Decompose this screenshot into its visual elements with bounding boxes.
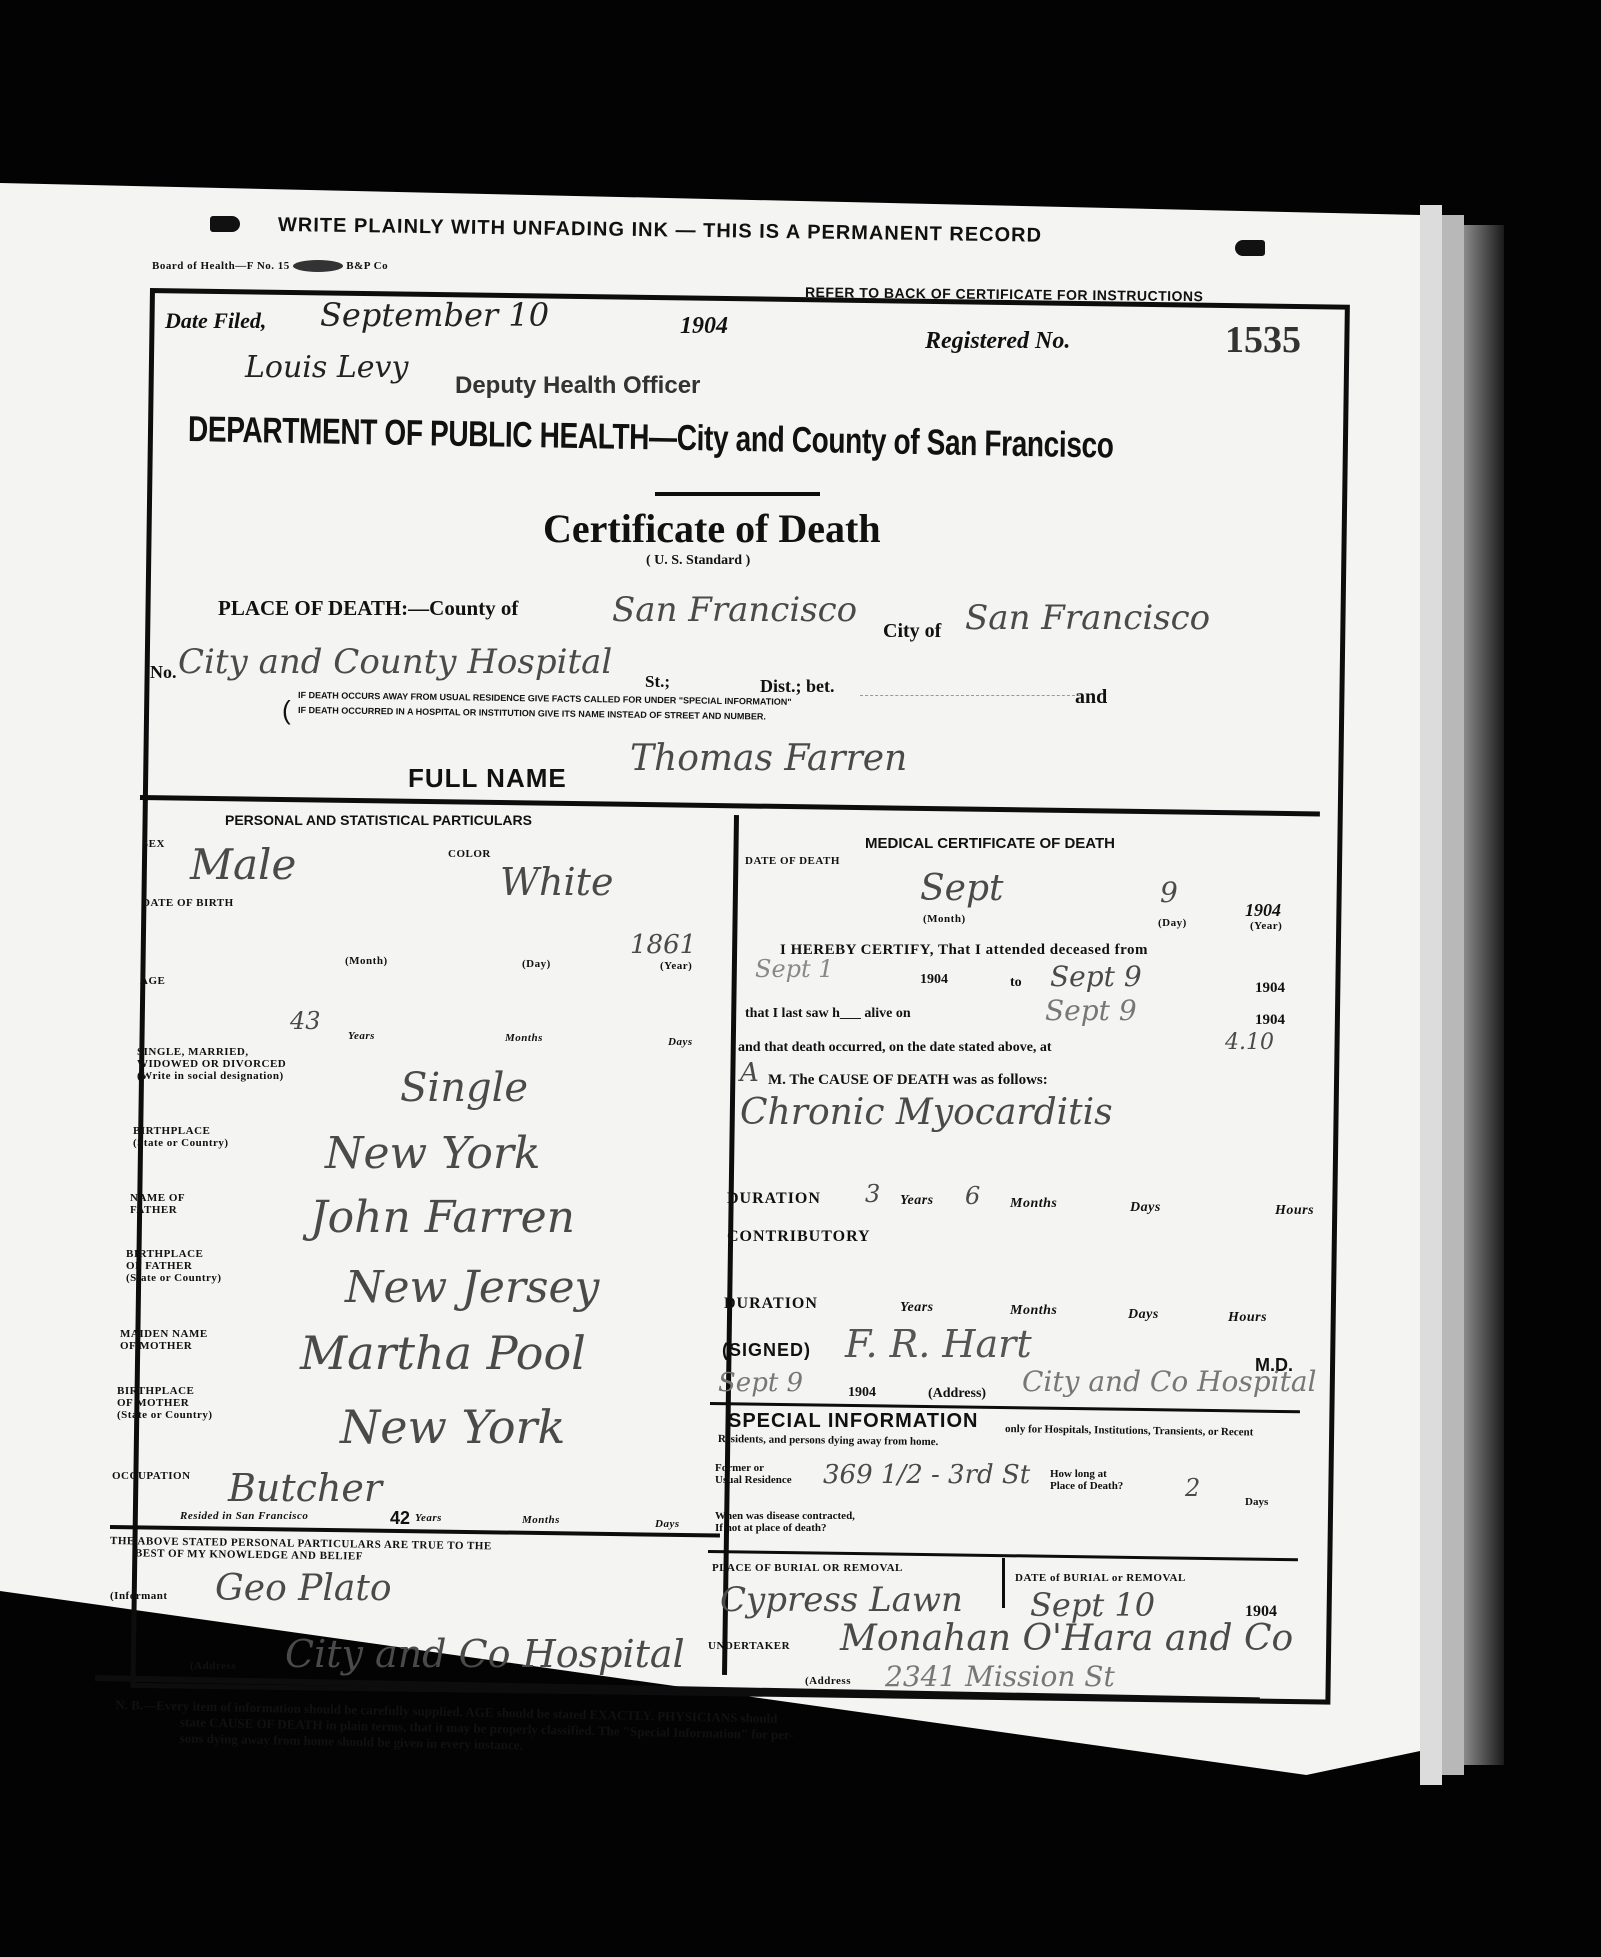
birthplace-value: New York bbox=[325, 1128, 541, 1179]
dob-label: DATE OF BIRTH bbox=[142, 897, 234, 909]
mother-birthplace-label: BIRTHPLACE OF MOTHER (State or Country) bbox=[117, 1385, 213, 1421]
residence-label-line: Usual Residence bbox=[715, 1474, 792, 1486]
father-label-line: NAME OF bbox=[130, 1192, 185, 1204]
time-value: 4.10 bbox=[1225, 1030, 1274, 1055]
age-label: AGE bbox=[140, 975, 165, 987]
mother-birthplace-value: New York bbox=[340, 1400, 565, 1454]
form-number: Board of Health—F No. 15 B&P Co bbox=[152, 260, 388, 272]
death-year-label: (Year) bbox=[1250, 920, 1282, 932]
contracted-label-line: When was disease contracted, bbox=[715, 1510, 855, 1522]
medical-heading: MEDICAL CERTIFICATE OF DEATH bbox=[865, 835, 1115, 852]
district-line bbox=[860, 695, 1080, 696]
undertaker-address: 2341 Mission St bbox=[885, 1660, 1115, 1693]
burial-column-divider bbox=[1002, 1558, 1005, 1608]
duration-years-label: Years bbox=[900, 1193, 934, 1209]
occupation-value: Butcher bbox=[228, 1466, 382, 1510]
death-day-label: (Day) bbox=[1158, 917, 1187, 929]
physician-address: City and Co Hospital bbox=[1022, 1365, 1317, 1398]
date-filed-value: September 10 bbox=[320, 296, 549, 334]
residence-label-line: Former or bbox=[715, 1462, 792, 1474]
color-value: White bbox=[500, 860, 613, 904]
contracted-label: When was disease contracted, If not at p… bbox=[715, 1510, 855, 1534]
signed-date-value: Sept 9 bbox=[718, 1368, 803, 1398]
informant-address-label: (Address bbox=[190, 1660, 236, 1672]
duration-days-label: Days bbox=[1130, 1200, 1161, 1216]
age-years-value: 43 bbox=[290, 1007, 321, 1035]
undertaker-label: UNDERTAKER bbox=[708, 1640, 790, 1652]
mother-label-line: OF MOTHER bbox=[120, 1340, 208, 1352]
mother-birthplace-label-line: OF MOTHER bbox=[117, 1397, 213, 1409]
sex-value: Male bbox=[190, 840, 296, 889]
dob-year-value: 1861 bbox=[630, 930, 696, 960]
duration-months-label: Months bbox=[1010, 1196, 1057, 1212]
resided-label: Resided in San Francisco bbox=[180, 1510, 308, 1522]
full-name-label: FULL NAME bbox=[408, 763, 567, 794]
undertaker-address-label: (Address bbox=[805, 1675, 851, 1687]
page-edge-shadow bbox=[1464, 225, 1504, 1765]
color-label: COLOR bbox=[448, 848, 491, 860]
date-filed-label: Date Filed, bbox=[165, 308, 266, 334]
marital-label-line: (Write in social designation) bbox=[137, 1070, 286, 1082]
sex-label: SEX bbox=[142, 838, 165, 850]
resided-days-label: Days bbox=[655, 1518, 680, 1530]
how-long-label-line: Place of Death? bbox=[1050, 1480, 1123, 1492]
marital-label: SINGLE, MARRIED, WIDOWED OR DIVORCED (Wr… bbox=[137, 1046, 286, 1082]
contracted-label-line: If not at place of death? bbox=[715, 1522, 855, 1534]
footnote: N. B.—Every item of information should b… bbox=[114, 1697, 794, 1759]
certificate-title: Certificate of Death bbox=[543, 505, 881, 552]
how-long-value: 2 bbox=[1185, 1474, 1200, 1502]
burial-place-value: Cypress Lawn bbox=[720, 1580, 963, 1620]
physician-address-label: (Address) bbox=[928, 1386, 986, 1402]
dob-year-label: (Year) bbox=[660, 960, 692, 972]
dob-day-label: (Day) bbox=[522, 958, 551, 970]
cause-text: M. The CAUSE OF DEATH was as follows: bbox=[768, 1072, 1048, 1089]
address-number-label: No. bbox=[150, 662, 177, 683]
place-of-death-label: PLACE OF DEATH:—County of bbox=[218, 596, 518, 621]
marital-label-line: WIDOWED OR DIVORCED bbox=[137, 1058, 286, 1070]
form-number-text: Board of Health—F No. 15 bbox=[152, 260, 290, 272]
duration2-days-label: Days bbox=[1128, 1307, 1159, 1323]
death-day-value: 9 bbox=[1160, 876, 1178, 909]
footnote-prefix: N. B.— bbox=[115, 1697, 156, 1713]
paren-open: ( bbox=[282, 695, 291, 726]
institution-value: City and County Hospital bbox=[178, 642, 612, 682]
last-saw-value: Sept 9 bbox=[1045, 994, 1137, 1027]
father-label: NAME OF FATHER bbox=[130, 1192, 185, 1216]
mother-birthplace-label-line: BIRTHPLACE bbox=[117, 1385, 213, 1397]
undertaker-value: Monahan O'Hara and Co bbox=[840, 1618, 1293, 1659]
am-pm-value: A bbox=[740, 1058, 759, 1088]
last-saw-label: that I last saw h___ alive on bbox=[745, 1006, 911, 1022]
resided-years-label: Years bbox=[415, 1512, 442, 1524]
father-birthplace-label: BIRTHPLACE OF FATHER (State or Country) bbox=[126, 1248, 222, 1284]
page-edge bbox=[1420, 205, 1442, 1785]
duration-label: DURATION bbox=[727, 1190, 821, 1208]
father-birthplace-label-line: BIRTHPLACE bbox=[126, 1248, 222, 1260]
marital-value: Single bbox=[400, 1065, 528, 1111]
mother-birthplace-label-line: (State or Country) bbox=[117, 1409, 213, 1421]
marital-label-line: SINGLE, MARRIED, bbox=[137, 1046, 286, 1058]
mother-label-line: MAIDEN NAME bbox=[120, 1328, 208, 1340]
resided-months-label: Months bbox=[522, 1514, 560, 1526]
residence-value: 369 1/2 - 3rd St bbox=[823, 1460, 1030, 1490]
informant-label: (Informant bbox=[110, 1590, 168, 1602]
signed-label: (SIGNED) bbox=[722, 1340, 811, 1361]
officer-title: Deputy Health Officer bbox=[455, 372, 700, 400]
age-years-label: Years bbox=[348, 1030, 375, 1042]
duration2-label: DURATION bbox=[724, 1295, 818, 1313]
how-long-days-label: Days bbox=[1245, 1496, 1268, 1508]
dob-month-label: (Month) bbox=[345, 955, 388, 967]
title-divider bbox=[655, 492, 820, 496]
duration-months-value: 6 bbox=[965, 1182, 980, 1210]
personal-heading: PERSONAL AND STATISTICAL PARTICULARS bbox=[225, 812, 532, 828]
attended-to-year: 1904 bbox=[1255, 980, 1285, 997]
occurred-text: and that death occurred, on the date sta… bbox=[738, 1040, 1052, 1056]
occupation-label: OCCUPATION bbox=[112, 1470, 191, 1482]
father-birthplace-label-line: OF FATHER bbox=[126, 1260, 222, 1272]
registered-number: 1535 bbox=[1225, 318, 1301, 362]
duration-years-value: 3 bbox=[865, 1180, 880, 1208]
resided-years-value: 42 bbox=[390, 1508, 410, 1529]
city-label: City of bbox=[883, 620, 941, 643]
informant-name: Geo Plato bbox=[215, 1568, 392, 1609]
death-year-value: 1904 bbox=[1245, 900, 1281, 921]
city-value: San Francisco bbox=[965, 598, 1210, 638]
father-birthplace-label-line: (State or Country) bbox=[126, 1272, 222, 1284]
pointing-hand-icon bbox=[1235, 240, 1265, 256]
duration2-hours-label: Hours bbox=[1228, 1310, 1267, 1326]
pointing-hand-icon bbox=[210, 216, 240, 232]
burial-date-label: DATE of BURIAL or REMOVAL bbox=[1015, 1572, 1186, 1584]
birthplace-label: BIRTHPLACE (State or Country) bbox=[133, 1125, 229, 1149]
death-month-value: Sept bbox=[920, 868, 1003, 909]
residence-label: Former or Usual Residence bbox=[715, 1462, 792, 1486]
birthplace-label-line: BIRTHPLACE bbox=[133, 1125, 229, 1137]
how-long-label-line: How long at bbox=[1050, 1468, 1123, 1480]
date-of-death-label: DATE OF DEATH bbox=[745, 855, 840, 867]
street-label: St.; bbox=[645, 672, 670, 692]
duration2-months-label: Months bbox=[1010, 1303, 1057, 1319]
page-edge bbox=[1442, 215, 1464, 1775]
district-label: Dist.; bet. bbox=[760, 676, 835, 697]
mother-label: MAIDEN NAME OF MOTHER bbox=[120, 1328, 208, 1352]
contributory-label: CONTRIBUTORY bbox=[727, 1228, 871, 1246]
age-months-label: Months bbox=[505, 1032, 543, 1044]
physician-signature: F. R. Hart bbox=[845, 1322, 1032, 1366]
mother-value: Martha Pool bbox=[300, 1326, 586, 1380]
full-name-value: Thomas Farren bbox=[630, 738, 907, 779]
death-month-label: (Month) bbox=[923, 913, 966, 925]
father-value: John Farren bbox=[310, 1192, 575, 1243]
informant-address: City and Co Hospital bbox=[285, 1632, 685, 1676]
burial-place-label: PLACE OF BURIAL OR REMOVAL bbox=[712, 1562, 903, 1574]
to-label: to bbox=[1010, 975, 1022, 991]
cause-value: Chronic Myocarditis bbox=[740, 1092, 1113, 1133]
certificate-standard: ( U. S. Standard ) bbox=[646, 553, 750, 569]
duration2-years-label: Years bbox=[900, 1300, 934, 1316]
registered-label: Registered No. bbox=[925, 328, 1070, 355]
county-value: San Francisco bbox=[612, 590, 857, 630]
date-filed-year: 1904 bbox=[680, 313, 728, 340]
age-days-label: Days bbox=[668, 1036, 693, 1048]
and-label: and bbox=[1075, 686, 1107, 709]
attended-from-value: Sept 1 bbox=[755, 955, 834, 983]
duration-hours-label: Hours bbox=[1275, 1203, 1314, 1219]
officer-signature: Louis Levy bbox=[245, 350, 408, 385]
printer-text: B&P Co bbox=[346, 260, 388, 272]
certify-text: I HEREBY CERTIFY, That I attended deceas… bbox=[780, 942, 1148, 959]
union-label-icon bbox=[293, 260, 343, 272]
attended-from-year: 1904 bbox=[920, 972, 948, 988]
father-label-line: FATHER bbox=[130, 1204, 185, 1216]
how-long-label: How long at Place of Death? bbox=[1050, 1468, 1123, 1492]
birthplace-label-line: (State or Country) bbox=[133, 1137, 229, 1149]
signed-year-value: 1904 bbox=[848, 1385, 876, 1401]
last-saw-year: 1904 bbox=[1255, 1012, 1285, 1029]
father-birthplace-value: New Jersey bbox=[345, 1262, 599, 1313]
attended-to-value: Sept 9 bbox=[1050, 960, 1142, 993]
